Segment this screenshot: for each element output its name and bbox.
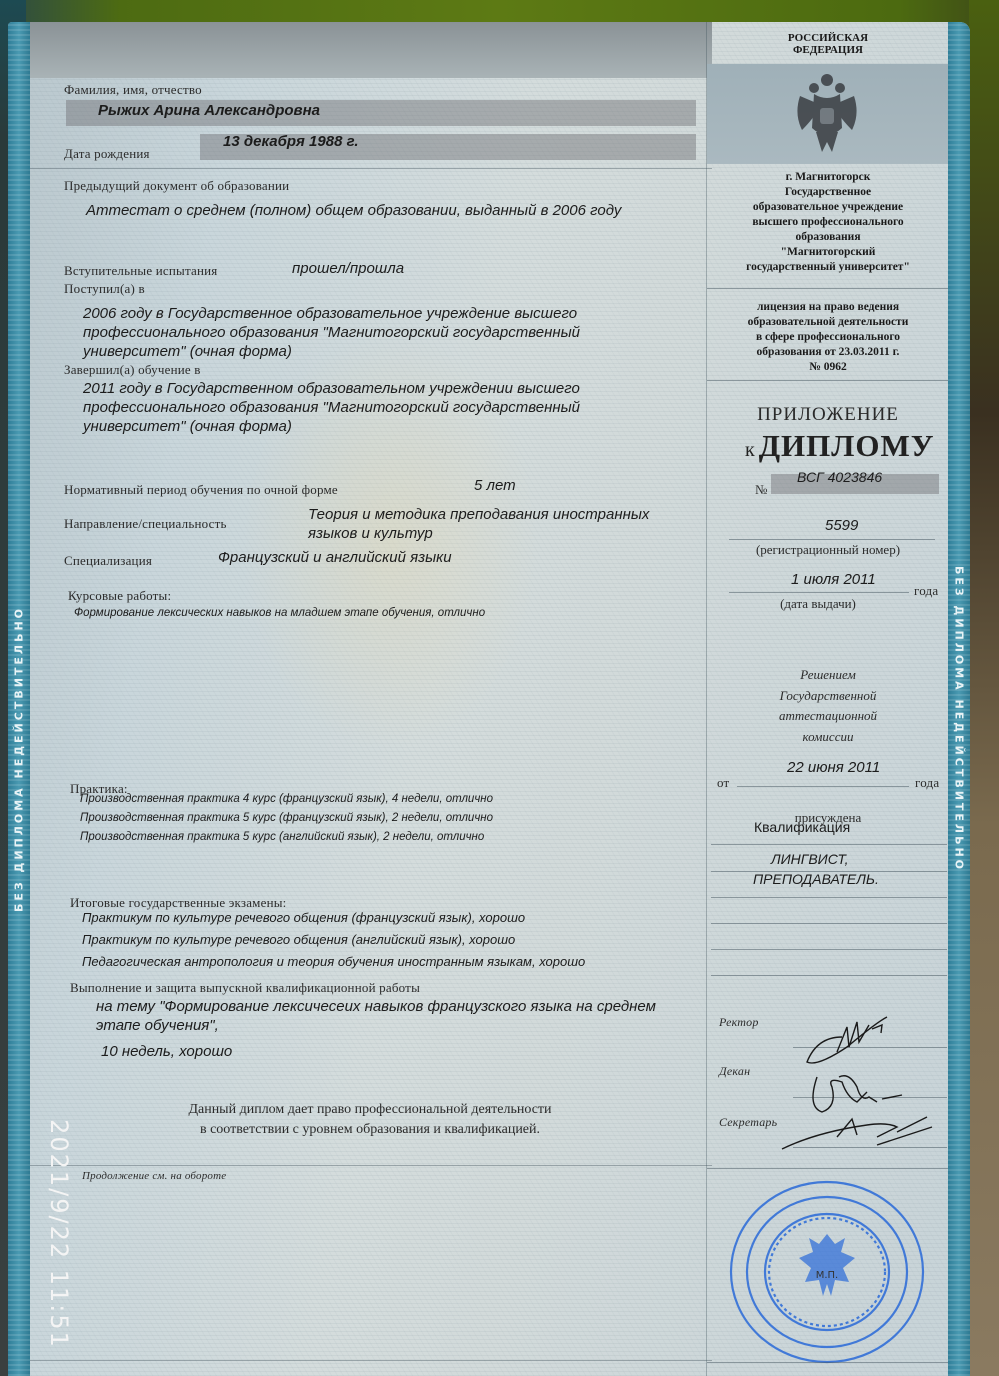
thesis-result: 10 недель, хорошо — [101, 1043, 232, 1060]
coursework-label: Курсовые работы: — [68, 588, 171, 604]
security-strip-text: БЕЗ ДИПЛОМА НЕДЕЙСТВИТЕЛЬНО — [13, 606, 26, 912]
divider — [30, 1165, 712, 1166]
thesis-line: на тему "Формирование лексичесеих навыко… — [96, 998, 656, 1015]
title-diploma: ДИПЛОМУ — [759, 428, 935, 463]
security-strip-right: БЕЗ ДИПЛОМА НЕДЕЙСТВИТЕЛЬНО — [948, 22, 970, 1376]
security-strip-left: БЕЗ ДИПЛОМА НЕДЕЙСТВИТЕЛЬНО — [8, 22, 30, 1376]
full-name-value: Рыжих Арина Александровна — [98, 102, 320, 119]
enrolled-line: профессионального образования "Магнитого… — [83, 324, 580, 341]
coat-of-arms-icon — [792, 72, 862, 156]
practice-item: Производственная практика 4 курс (францу… — [80, 793, 493, 805]
final-exams-label: Итоговые государственные экзамены: — [70, 895, 286, 911]
rights-statement-line: в соответствии с уровнем образования и к… — [70, 1120, 670, 1140]
underline — [711, 923, 947, 924]
enrolled-line: 2006 году в Государственное образователь… — [83, 305, 577, 322]
license-block: лицензия на право ведения образовательно… — [707, 300, 949, 375]
left-page: Фамилия, имя, отчество Рыжих Арина Алекс… — [30, 22, 712, 1376]
photo-timestamp-text: 2021/9/22 11:51 — [45, 1119, 73, 1349]
rector-label: Ректор — [719, 1015, 759, 1030]
specialty-label: Направление/специальность — [64, 516, 227, 532]
specialty-line: Теория и методика преподавания иностранн… — [308, 506, 649, 523]
completed-line: профессионального образования "Магнитого… — [83, 399, 580, 416]
divider — [707, 380, 949, 381]
entrance-exams-label: Вступительные испытания — [64, 263, 217, 279]
country-heading: РОССИЙСКАЯ ФЕДЕРАЦИЯ — [707, 32, 949, 56]
institution-line: высшего профессионального — [707, 215, 949, 230]
decision-line: аттестационной — [707, 706, 949, 727]
specialty-line: языков и культур — [308, 525, 433, 542]
title-line-2: к ДИПЛОМУ — [745, 428, 935, 464]
rights-statement: Данный диплом дает право профессионально… — [70, 1100, 670, 1140]
country-line: РОССИЙСКАЯ — [707, 32, 949, 44]
coursework-item: Формирование лексических навыков на млад… — [74, 607, 485, 619]
country-line: ФЕДЕРАЦИЯ — [707, 44, 949, 56]
previous-document-value: Аттестат о среднем (полном) общем образо… — [86, 202, 621, 219]
institution-line: г. Магнитогорск — [707, 170, 949, 185]
decision-suffix: года — [915, 775, 939, 791]
study-period-value: 5 лет — [474, 477, 516, 494]
issue-label: (дата выдачи) — [697, 596, 939, 612]
thesis-label: Выполнение и защита выпускной квалификац… — [70, 980, 420, 996]
issue-date: 1 июля 2011 — [791, 571, 876, 588]
qualification-line: ЛИНГВИСТ, — [771, 851, 849, 867]
institution-line: образования — [707, 230, 949, 245]
underline — [729, 539, 935, 540]
practice-item: Производственная практика 5 курс (францу… — [80, 812, 493, 824]
underline — [737, 786, 909, 787]
specialization-value: Французский и английский языки — [218, 549, 452, 566]
decision-line: Решением — [707, 665, 949, 686]
security-strip-text: БЕЗ ДИПЛОМА НЕДЕЙСТВИТЕЛЬНО — [953, 566, 966, 872]
dean-label: Декан — [719, 1064, 750, 1079]
study-period-label: Нормативный период обучения по очной фор… — [64, 482, 338, 498]
institution-line: "Магнитогорский — [707, 245, 949, 260]
divider — [30, 1360, 712, 1361]
license-line: образовательной деятельности — [707, 315, 949, 330]
enrolled-line: университет" (очная форма) — [83, 343, 292, 360]
diploma-supplement-sheet: БЕЗ ДИПЛОМА НЕДЕЙСТВИТЕЛЬНО Фамилия, имя… — [8, 22, 970, 1376]
institution-line: образовательное учреждение — [707, 200, 949, 215]
full-name-label: Фамилия, имя, отчество — [64, 82, 202, 98]
divider — [707, 288, 949, 289]
underline — [729, 592, 909, 593]
institution-block: г. Магнитогорск Государственное образова… — [707, 170, 949, 275]
underline — [711, 975, 947, 976]
final-exam-item: Педагогическая антропология и теория обу… — [82, 954, 585, 969]
rights-statement-line: Данный диплом дает право профессионально… — [70, 1100, 670, 1120]
practice-item: Производственная практика 5 курс (англий… — [80, 831, 484, 843]
license-line: в сфере профессионального — [707, 330, 949, 345]
institution-line: Государственное — [707, 185, 949, 200]
institution-line: государственный университет" — [707, 260, 949, 275]
photo-timestamp: 2021/9/22 11:51 — [46, 1084, 72, 1376]
completed-label: Завершил(а) обучение в — [64, 362, 201, 378]
title-line-1: ПРИЛОЖЕНИЕ — [707, 404, 949, 426]
continuation-note: Продолжение см. на обороте — [82, 1170, 226, 1182]
final-exam-item: Практикум по культуре речевого общения (… — [82, 932, 515, 947]
background-surface-right — [969, 0, 999, 1376]
enrolled-label: Поступил(а) в — [64, 281, 145, 297]
decision-date: 22 июня 2011 — [787, 759, 880, 776]
divider — [707, 1362, 949, 1363]
specialization-label: Специализация — [64, 553, 152, 569]
top-band — [30, 22, 712, 78]
qualification-label: Квалификация — [754, 819, 850, 835]
decision-prefix: от — [717, 775, 729, 791]
title-prefix: к — [745, 439, 755, 461]
secretary-label: Секретарь — [719, 1115, 777, 1130]
license-line: образования от 23.03.2011 г. — [707, 345, 949, 360]
registration-number: 5599 — [825, 517, 858, 534]
previous-document-label: Предыдущий документ об образовании — [64, 178, 289, 194]
right-page: РОССИЙСКАЯ ФЕДЕРАЦИЯ г. Магнитогорск Гос… — [706, 22, 949, 1376]
decision-line: комиссии — [707, 727, 949, 748]
registration-label: (регистрационный номер) — [707, 542, 949, 558]
birth-date-value: 13 декабря 1988 г. — [223, 133, 359, 150]
qualification-line: ПРЕПОДАВАТЕЛЬ. — [753, 871, 879, 887]
decision-line: Государственной — [707, 686, 949, 707]
entrance-exams-value: прошел/прошла — [292, 260, 404, 277]
license-line: № 0962 — [707, 360, 949, 375]
final-exam-item: Практикум по культуре речевого общения (… — [82, 910, 525, 925]
number-sign: № — [755, 482, 768, 498]
license-line: лицензия на право ведения — [707, 300, 949, 315]
divider — [707, 1168, 949, 1169]
birth-date-label: Дата рождения — [64, 146, 150, 162]
completed-line: университет" (очная форма) — [83, 418, 292, 435]
completed-line: 2011 году в Государственном образователь… — [83, 380, 580, 397]
underline — [711, 949, 947, 950]
decision-block: Решением Государственной аттестационной … — [707, 665, 949, 747]
divider — [30, 168, 712, 169]
underline — [711, 897, 947, 898]
underline — [711, 844, 947, 845]
diploma-number: ВСГ 4023846 — [797, 469, 882, 485]
thesis-line: этапе обучения", — [96, 1017, 219, 1034]
official-seal-stamp: М.П. — [727, 1172, 927, 1372]
stamp-label: М.П. — [816, 1270, 839, 1281]
signatures-icon — [777, 1007, 947, 1157]
